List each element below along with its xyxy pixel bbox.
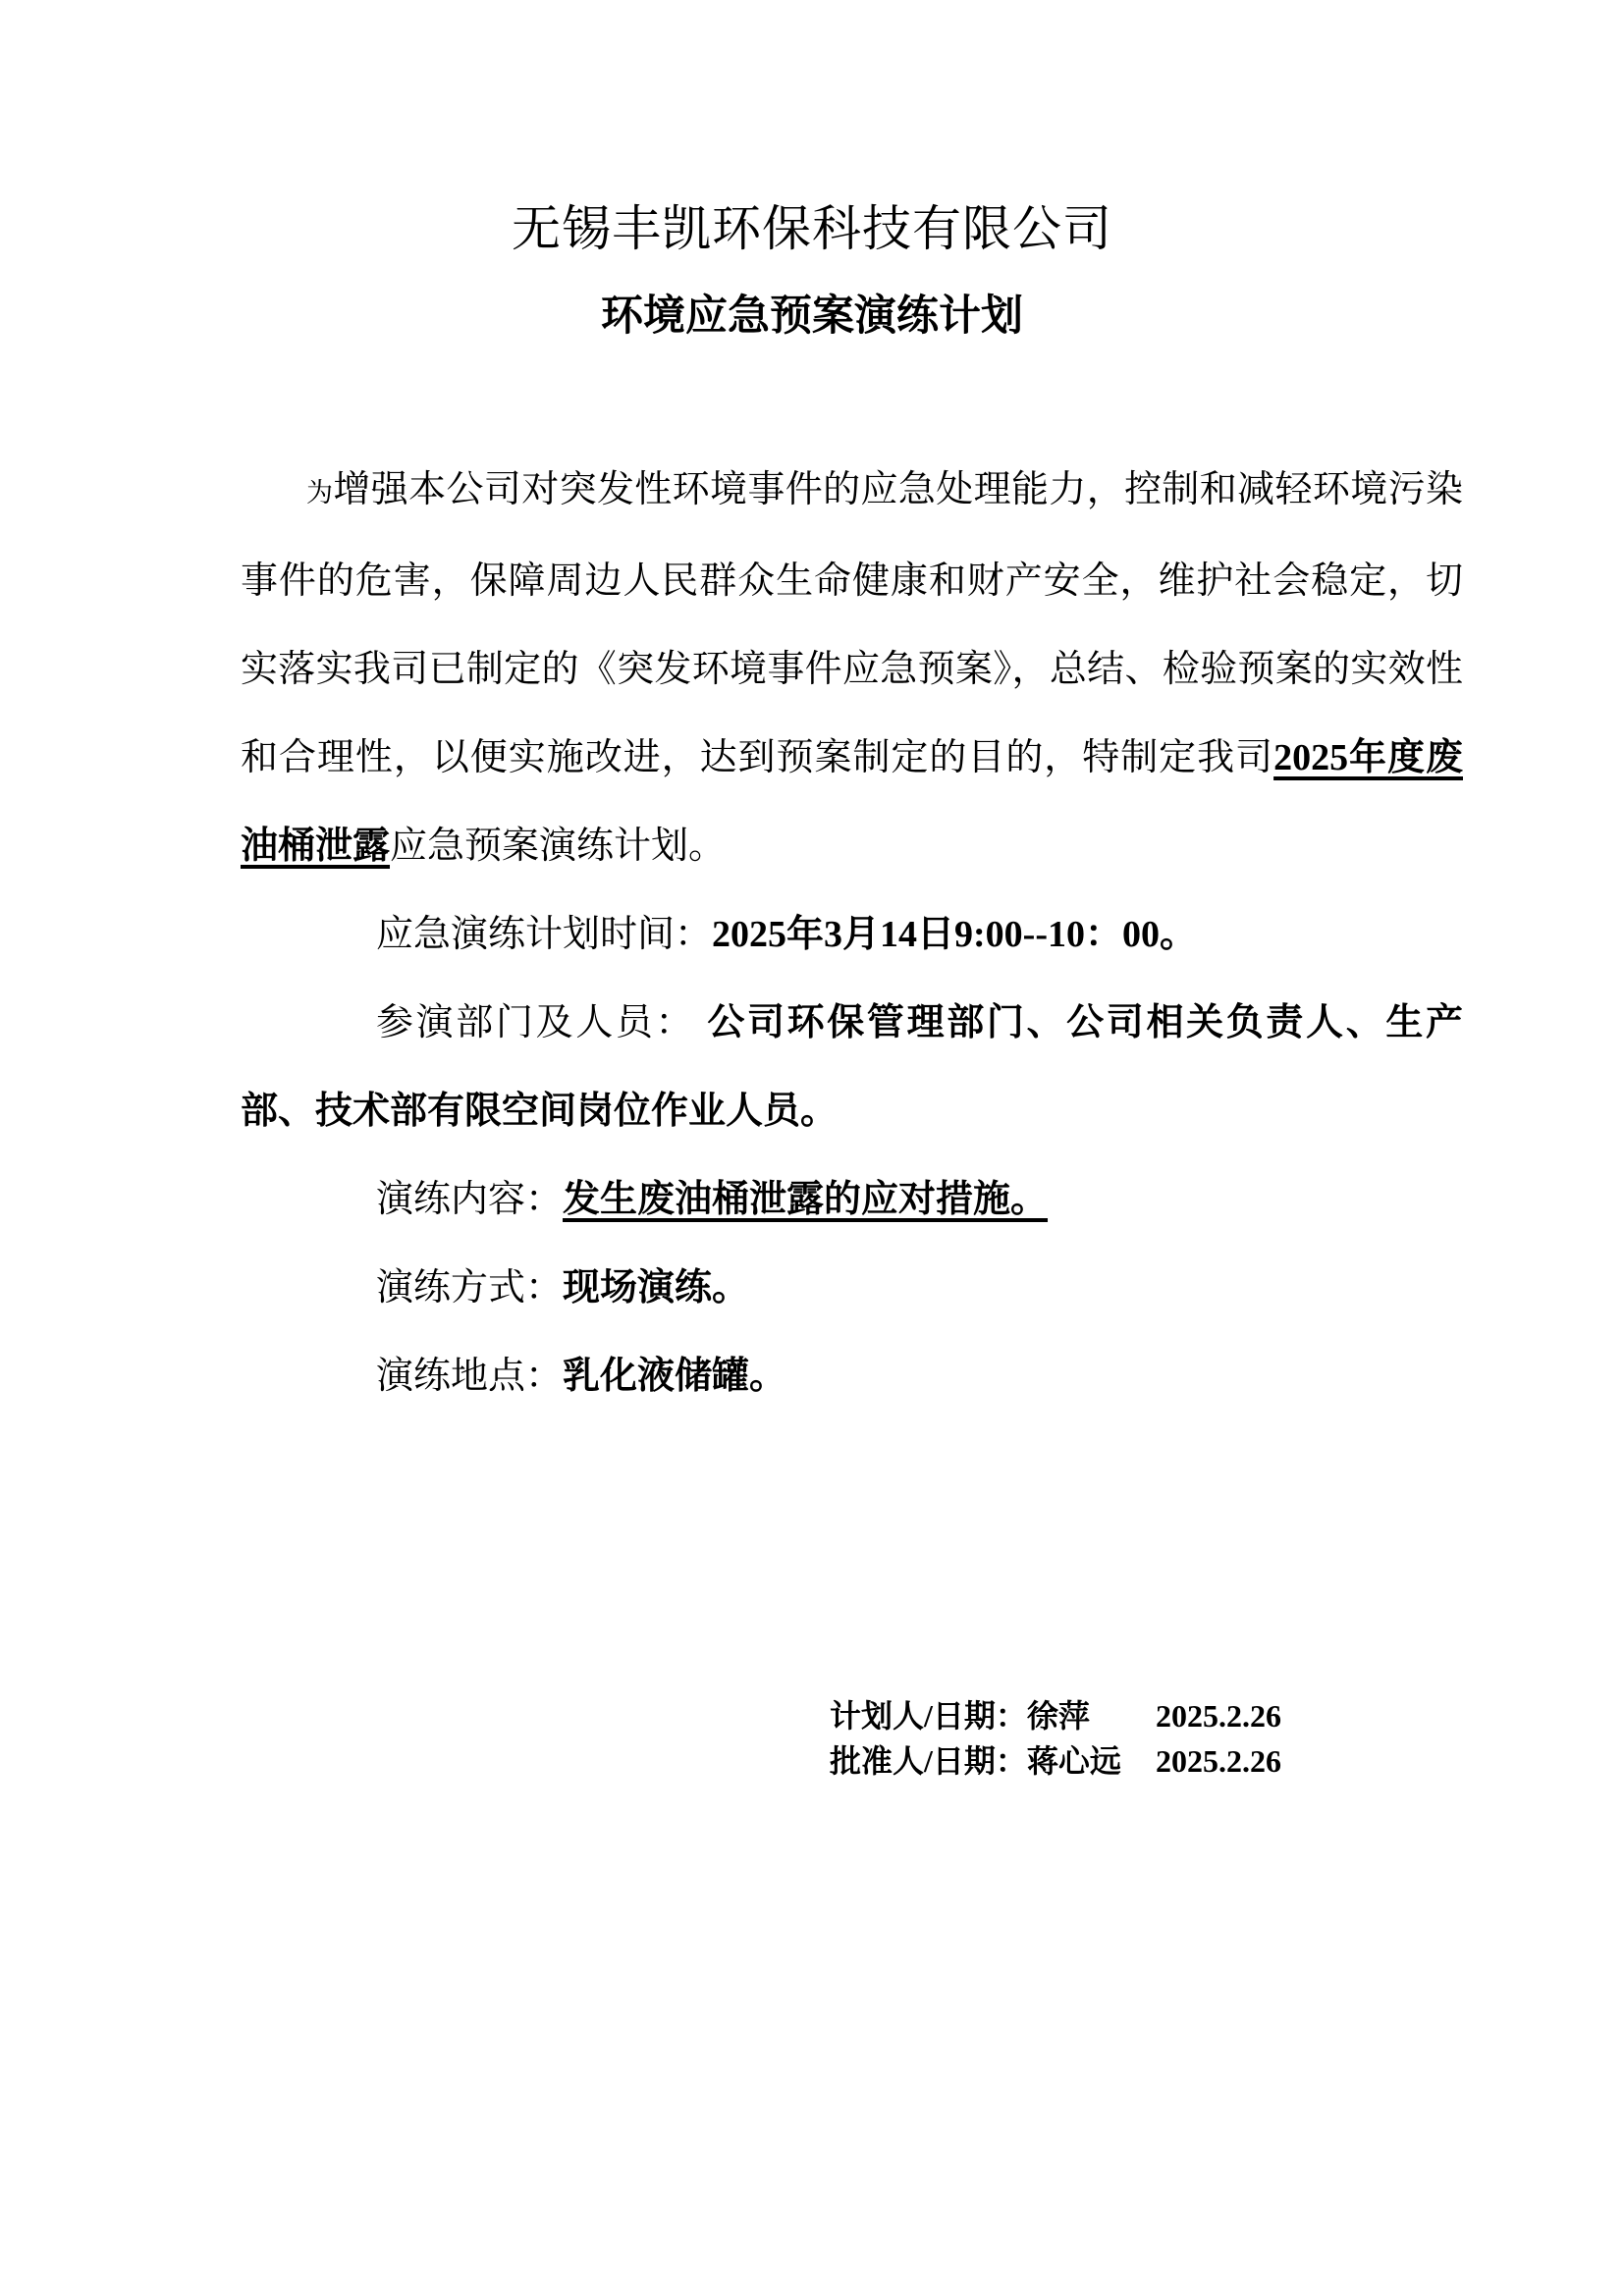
signature-row-approver: 批准人/日期：蒋心远 2025.2.26	[0, 1738, 1624, 1784]
planner-name: 徐萍	[1027, 1698, 1090, 1734]
approver-name: 蒋心远	[1027, 1743, 1121, 1779]
detail-content-label: 演练内容：	[376, 1179, 563, 1220]
detail-line-time: 应急演练计划时间：2025年3月14日9:00--10：00。	[241, 890, 1463, 979]
detail-location-label: 演练地点：	[376, 1356, 563, 1397]
detail-method-value: 现场演练。	[563, 1267, 749, 1308]
document-page: 无锡丰凯环保科技有限公司 环境应急预案演练计划 为增强本公司对突发性环境事件的应…	[0, 0, 1624, 2296]
detail-line-method: 演练方式：现场演练。	[241, 1244, 1463, 1332]
planner-label: 计划人/日期：	[830, 1698, 1027, 1734]
company-title: 无锡丰凯环保科技有限公司	[0, 0, 1624, 265]
detail-content-value: 发生废油桶泄露的应对措施。	[563, 1179, 1048, 1220]
detail-line-location: 演练地点：乳化液储罐。	[241, 1332, 1463, 1420]
signature-block: 计划人/日期：徐萍 2025.2.26 批准人/日期：蒋心远 2025.2.26	[0, 1693, 1624, 1784]
approver-date: 2025.2.26	[1156, 1738, 1281, 1784]
detail-time-value: 2025年3月14日9:00--10：00。	[712, 914, 1197, 955]
approver-label-name: 批准人/日期：蒋心远	[830, 1738, 1156, 1784]
detail-time-label: 应急演练计划时间：	[376, 914, 712, 955]
intro-text-pre: 增强本公司对突发性环境事件的应急处理能力，控制和减轻环境污染事件的危害，保障周边…	[241, 469, 1463, 778]
detail-location-value: 乳化液储罐。	[563, 1356, 786, 1397]
planner-date: 2025.2.26	[1156, 1693, 1281, 1738]
intro-lead-char: 为	[306, 478, 333, 507]
document-subtitle: 环境应急预案演练计划	[0, 289, 1624, 346]
detail-method-label: 演练方式：	[376, 1267, 563, 1308]
signature-row-planner: 计划人/日期：徐萍 2025.2.26	[0, 1693, 1624, 1738]
document-body: 为增强本公司对突发性环境事件的应急处理能力，控制和减轻环境污染事件的危害，保障周…	[241, 446, 1463, 1420]
detail-line-participants: 参演部门及人员： 公司环保管理部门、公司相关负责人、生产部、技术部有限空间岗位作…	[241, 979, 1463, 1155]
detail-participants-label: 参演部门及人员：	[376, 1002, 695, 1043]
planner-label-name: 计划人/日期：徐萍	[830, 1693, 1156, 1738]
intro-text-post: 应急预案演练计划。	[390, 826, 726, 867]
intro-paragraph: 为增强本公司对突发性环境事件的应急处理能力，控制和减轻环境污染事件的危害，保障周…	[241, 446, 1463, 890]
detail-line-content: 演练内容：发生废油桶泄露的应对措施。	[241, 1155, 1463, 1244]
approver-label: 批准人/日期：	[830, 1743, 1027, 1779]
